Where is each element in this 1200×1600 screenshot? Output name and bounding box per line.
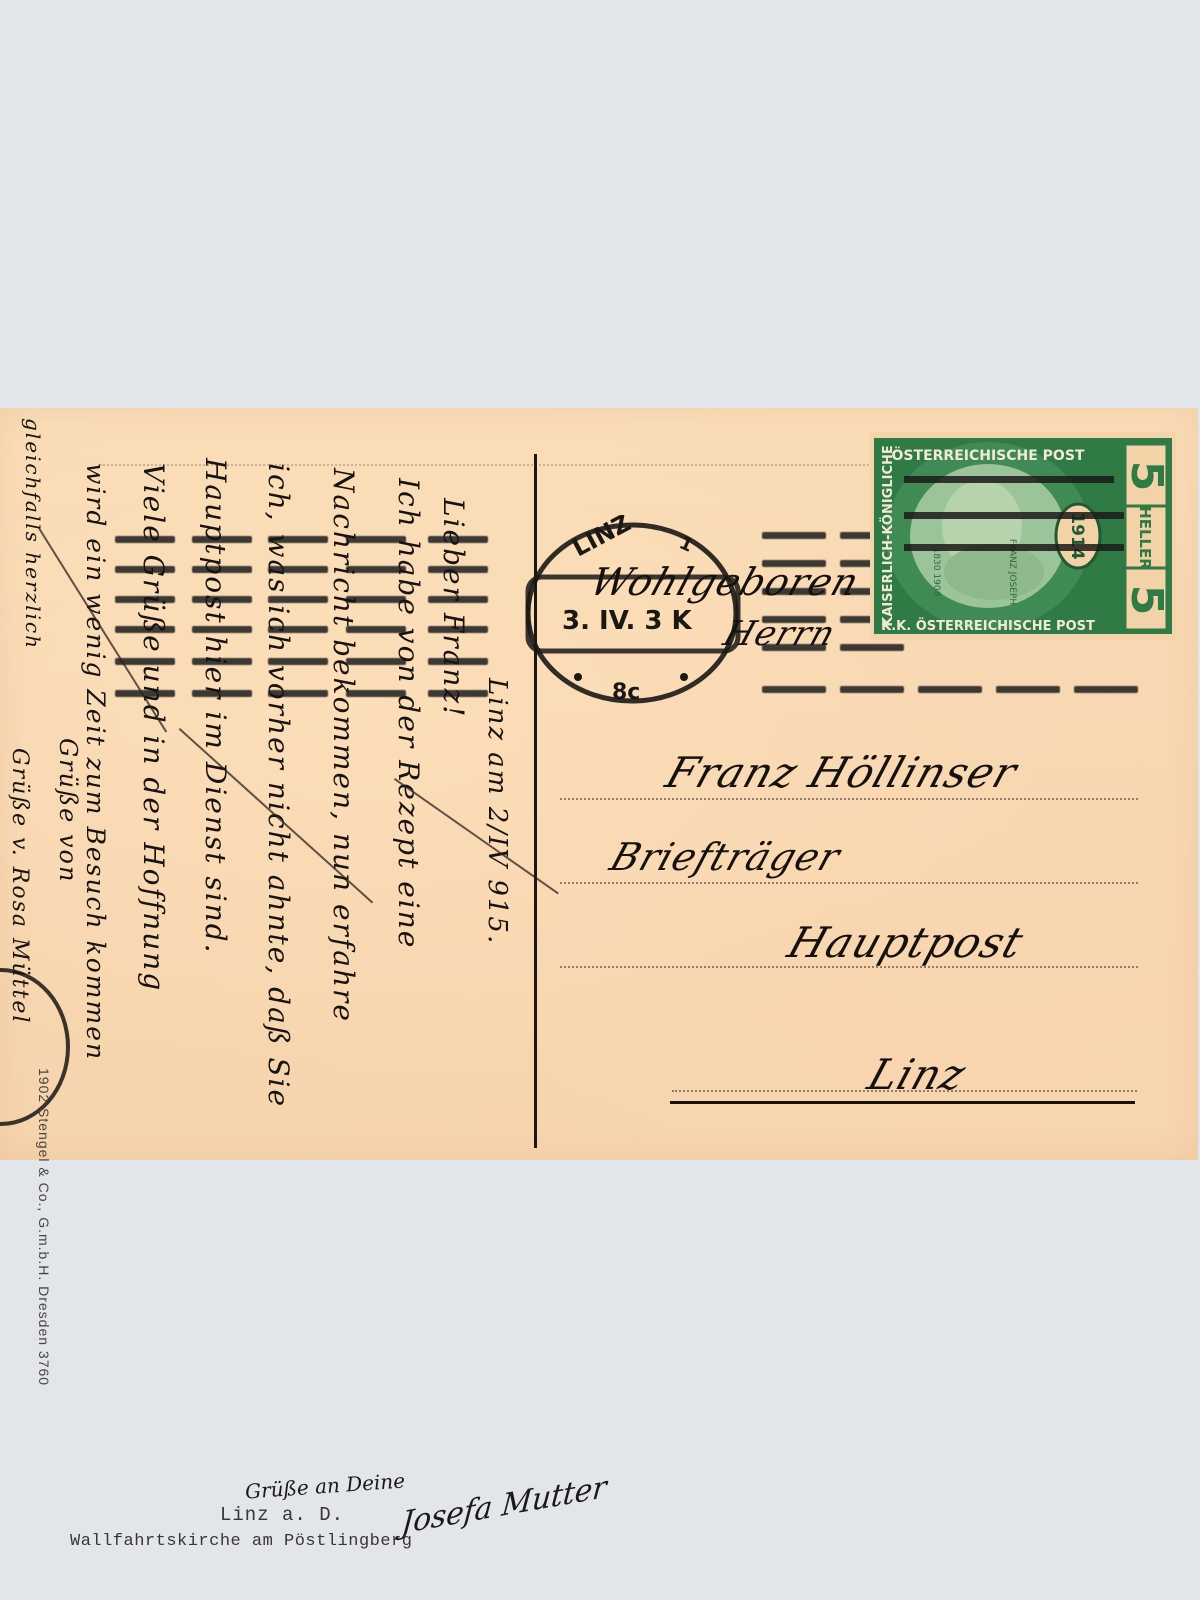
address-name: Franz Höllinser xyxy=(660,748,1023,797)
caption-title: Linz a. D. xyxy=(220,1504,344,1526)
message-line: Ich habe von der Rezept eine xyxy=(392,478,425,949)
message-line: Nachricht bekommen, nun erfahre xyxy=(327,468,360,1023)
greeting-signature: Josefa Mutter xyxy=(400,1469,608,1541)
message-opening: Lieber Franz! xyxy=(437,498,470,718)
message-line: Hauptpost hier im Dienst sind. xyxy=(199,458,232,955)
address-line-4 xyxy=(672,1090,1137,1092)
cancel-bar xyxy=(996,686,1060,693)
address-occupation: Briefträger xyxy=(605,835,846,879)
cancel-bar xyxy=(840,686,904,693)
postmark-graphic: LINZ 1 3. IV. 3 K 8c xyxy=(520,515,745,710)
stamp-left-arc: KAISERLICH-KÖNIGLICHE xyxy=(880,445,896,627)
address-office: Hauptpost xyxy=(782,918,1030,967)
caption-subtitle: Wallfahrtskirche am Pöstlingberg xyxy=(70,1532,412,1551)
address-line-3 xyxy=(560,966,1138,968)
cancel-bar xyxy=(840,644,904,651)
publisher-imprint: 1902 Stengel & Co., G.m.b.H. Dresden 376… xyxy=(36,1068,52,1386)
address-underline xyxy=(670,1101,1135,1104)
stamp-graphic: 5 5 HELLER 1914 ÖSTERREICHISCHE POST K.K… xyxy=(870,432,1176,640)
stamp-bottom-arc: K.K. ÖSTERREICHISCHE POST xyxy=(881,618,1095,634)
address-honorific: Herrn xyxy=(719,614,841,654)
stamp-value-bottom: 5 xyxy=(1121,585,1172,616)
greeting-line: Grüße an Deine xyxy=(244,1468,405,1503)
address-line-2 xyxy=(560,882,1138,884)
address-salutation: Wohlgeboren xyxy=(585,560,865,604)
postmark: LINZ 1 3. IV. 3 K 8c xyxy=(520,515,745,710)
address-line-1 xyxy=(560,798,1138,800)
postmark-office: 8c xyxy=(612,680,640,705)
stamp-portrait-years: 1830 1908 xyxy=(931,548,941,597)
cancel-bar xyxy=(762,532,826,539)
stamp-value-top: 5 xyxy=(1121,461,1172,492)
message-line: ich, was ich vorher nicht ahnte, daß Sie xyxy=(262,463,295,1108)
stamp-top-arc: ÖSTERREICHISCHE POST xyxy=(892,446,1085,464)
margin-line: Grüße v. Rosa Müttel xyxy=(7,748,32,1024)
message-date-line: Linz am 2/IV 915. xyxy=(482,678,512,945)
postmark-date: 3. IV. 3 K xyxy=(562,606,693,636)
cancel-bar xyxy=(762,686,826,693)
message-line: wird ein wenig Zeit zum Besuch kommen xyxy=(81,463,110,1061)
cancel-bar xyxy=(1074,686,1138,693)
stamp-year: 1914 xyxy=(1067,512,1087,559)
postage-stamp: 5 5 HELLER 1914 ÖSTERREICHISCHE POST K.K… xyxy=(870,432,1176,640)
stamp-unit: HELLER xyxy=(1136,506,1154,570)
cancel-bar xyxy=(918,686,982,693)
postmark-town: LINZ xyxy=(568,515,636,562)
margin-line: Grüße von xyxy=(54,738,82,883)
